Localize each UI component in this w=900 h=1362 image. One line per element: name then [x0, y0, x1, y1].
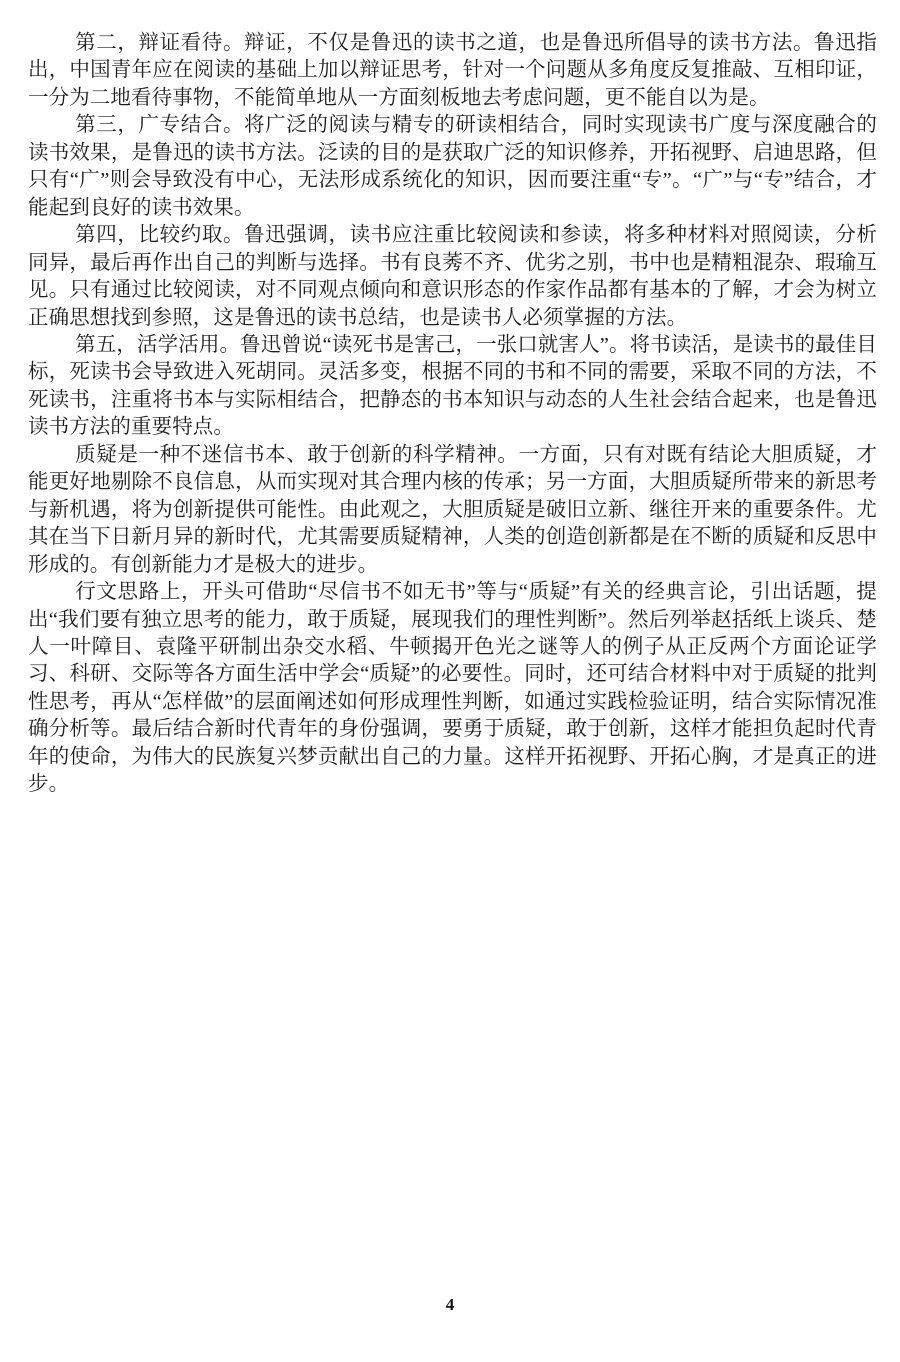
document-body: 第二，辩证看待。辩证，不仅是鲁迅的读书之道，也是鲁迅所倡导的读书方法。鲁迅指出，…	[28, 30, 877, 799]
document-page: 第二，辩证看待。辩证，不仅是鲁迅的读书之道，也是鲁迅所倡导的读书方法。鲁迅指出，…	[0, 0, 900, 1362]
paragraph-comparative-reading: 第四，比较约取。鲁迅强调，读书应注重比较阅读和参读，将多种材料对照阅读，分析同异…	[28, 222, 877, 332]
paragraph-questioning-spirit: 质疑是一种不迷信书本、敢于创新的科学精神。一方面，只有对既有结论大胆质疑，才能更…	[28, 442, 877, 579]
paragraph-flexible-reading: 第五，活学活用。鲁迅曾说“读死书是害己，一张口就害人”。将书读活，是读书的最佳目…	[28, 332, 877, 442]
paragraph-broad-specialized-reading: 第三，广专结合。将广泛的阅读与精专的研读相结合，同时实现读书广度与深度融合的读书…	[28, 112, 877, 222]
paragraph-writing-approach: 行文思路上，开头可借助“尽信书不如无书”等与“质疑”有关的经典言论，引出话题，提…	[28, 579, 877, 799]
paragraph-dialectical-reading: 第二，辩证看待。辩证，不仅是鲁迅的读书之道，也是鲁迅所倡导的读书方法。鲁迅指出，…	[28, 30, 877, 112]
page-footer: 4	[0, 1295, 900, 1315]
page-number: 4	[446, 1295, 455, 1314]
